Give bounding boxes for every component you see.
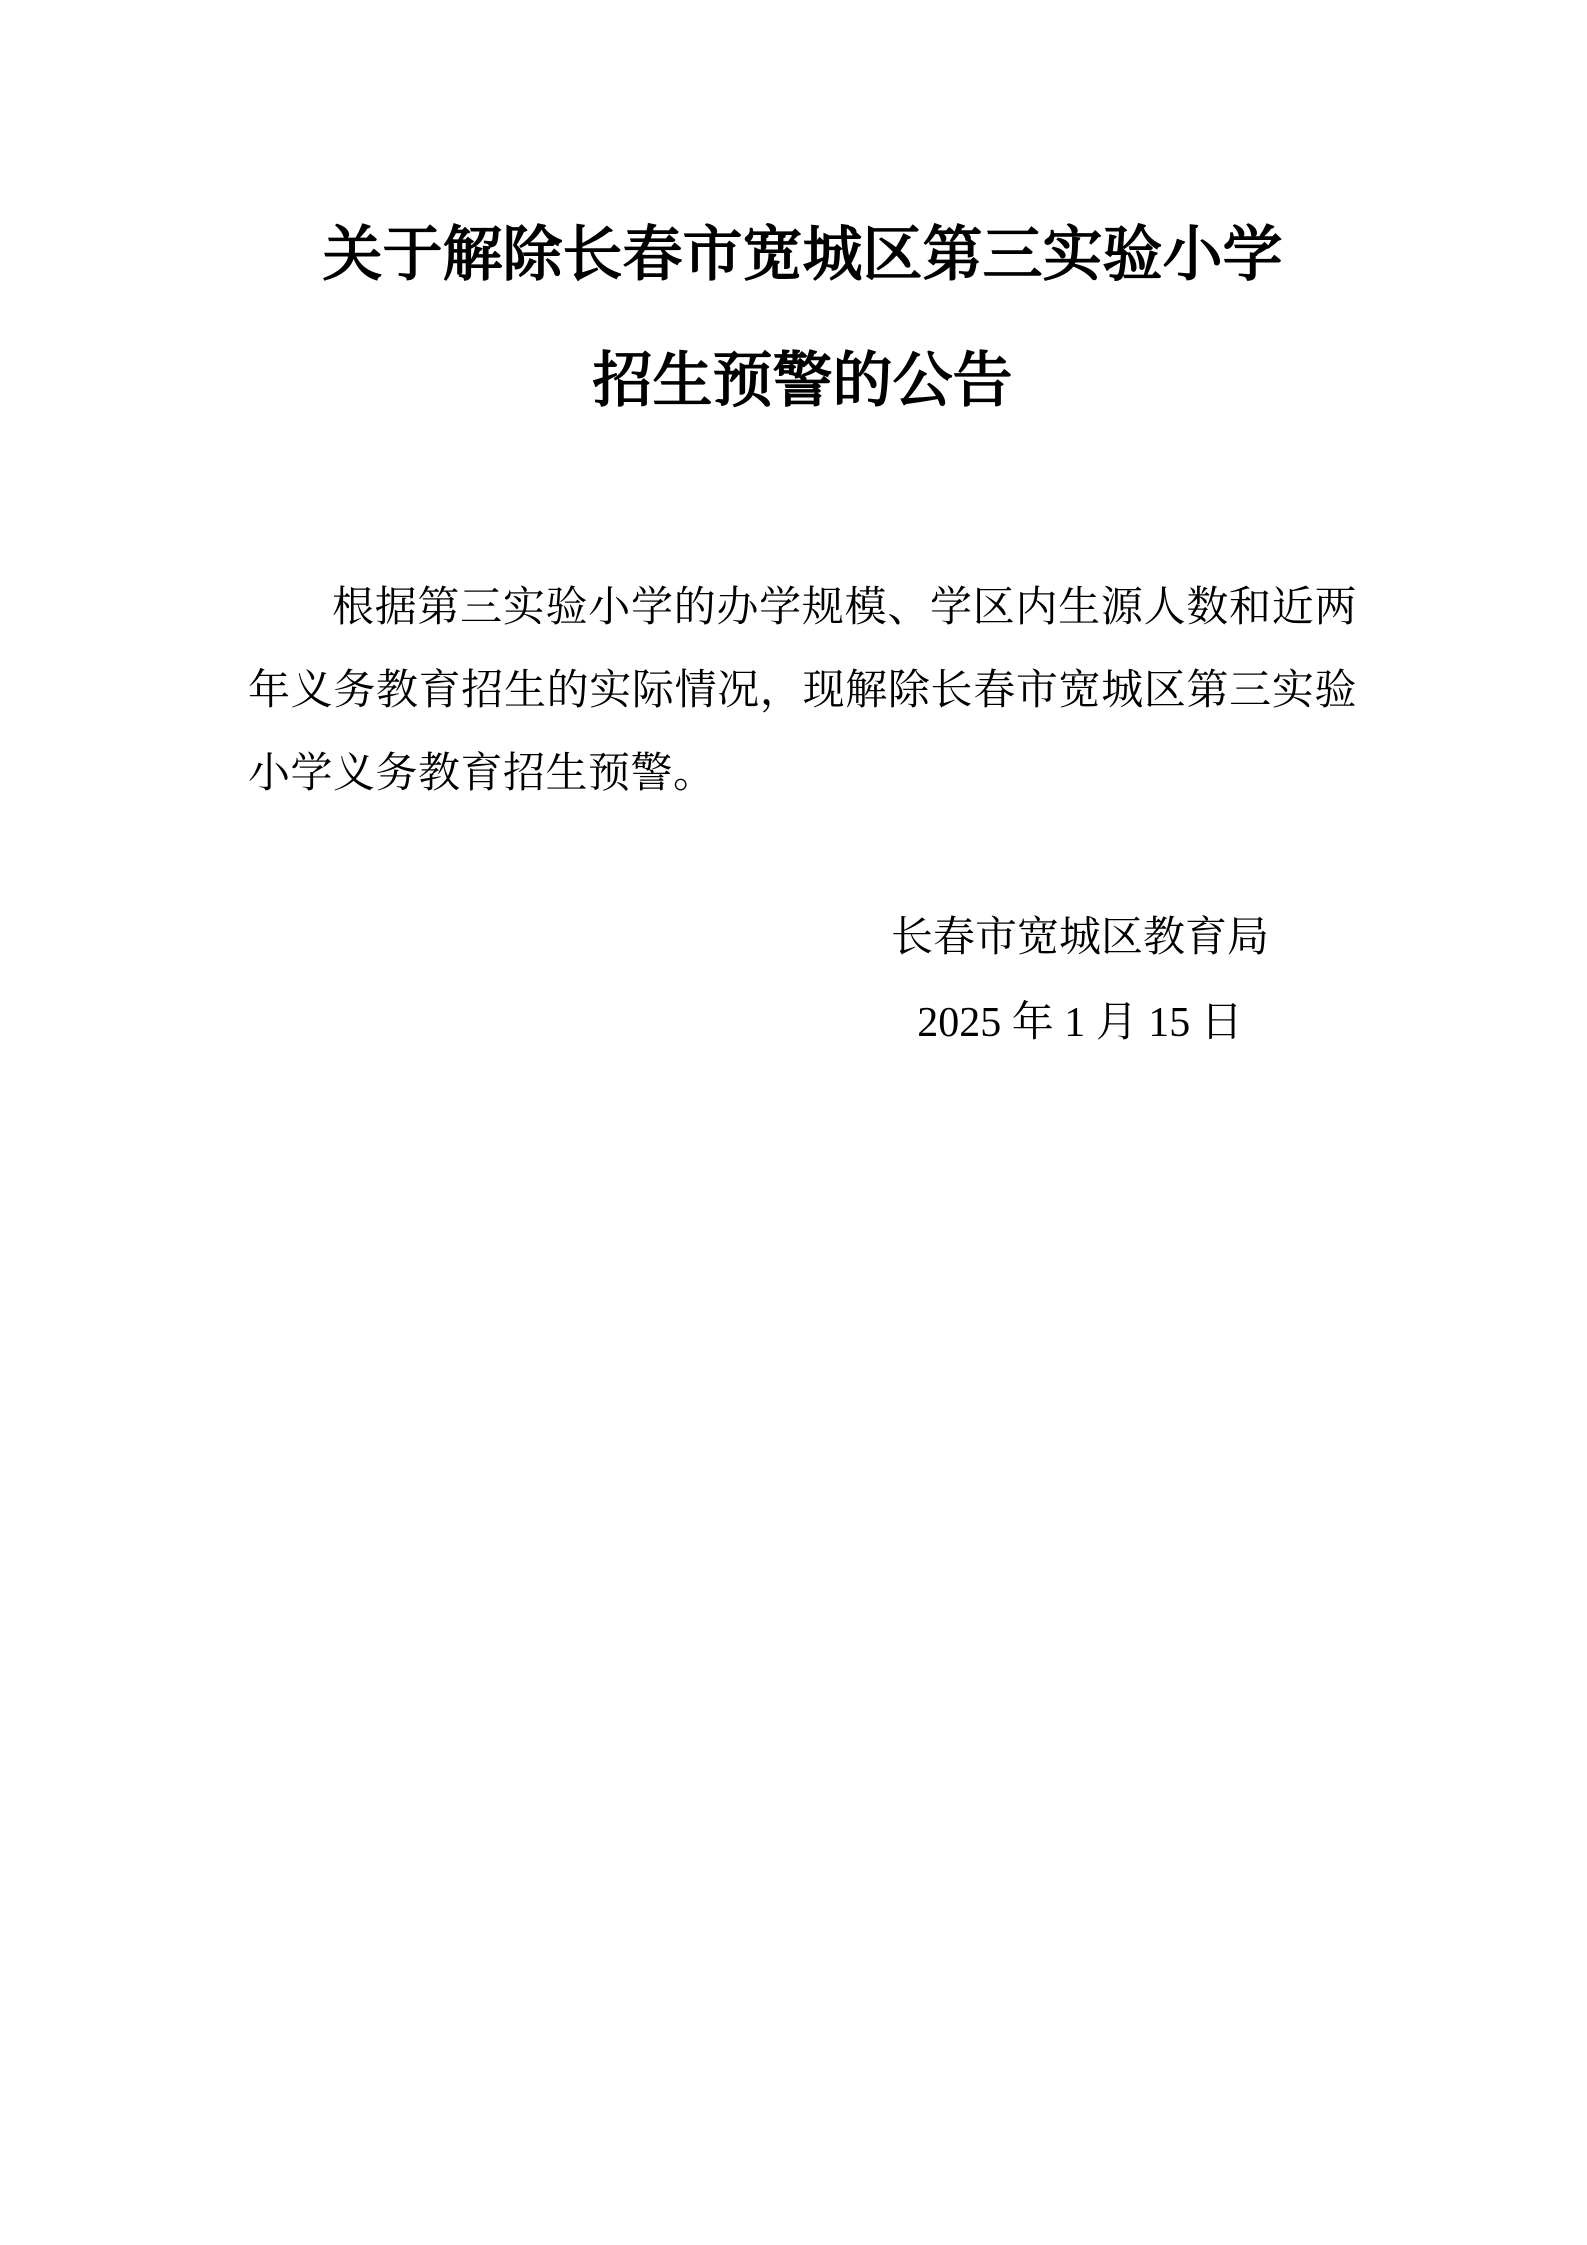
document-page: 关于解除长春市宽城区第三实验小学 招生预警的公告 根据第三实验小学的办学规模、学…	[0, 0, 1587, 2245]
body-paragraph: 根据第三实验小学的办学规模、学区内生源人数和近两年义务教育招生的实际情况，现解除…	[248, 567, 1357, 816]
document-title-line-2: 招生预警的公告	[248, 318, 1357, 444]
closing-block: 长春市宽城区教育局 2025 年 1 月 15 日	[803, 896, 1357, 1066]
issuer-signature: 长春市宽城区教育局	[803, 896, 1357, 981]
issue-date: 2025 年 1 月 15 日	[803, 981, 1357, 1066]
document-title: 关于解除长春市宽城区第三实验小学 招生预警的公告	[248, 192, 1357, 444]
document-title-line-1: 关于解除长春市宽城区第三实验小学	[248, 192, 1357, 318]
